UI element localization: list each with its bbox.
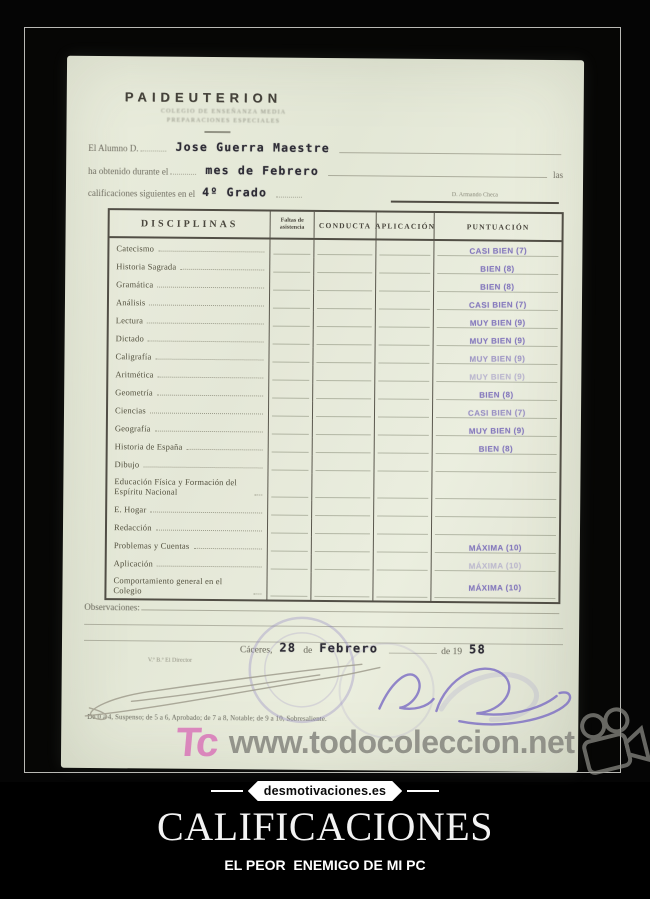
score-stamp: MUY BIEN (9)	[469, 318, 525, 328]
ruled-line	[141, 150, 167, 151]
discipline-cell: Geometría	[108, 382, 268, 401]
discipline-cell: Dibujo	[107, 454, 267, 473]
dotted-leader	[158, 377, 264, 379]
discipline-cell: Gramática	[109, 274, 269, 293]
application-cell	[374, 366, 432, 385]
score-cell: BIEN (8)	[432, 439, 560, 458]
discipline-cell: E. Hogar	[107, 499, 267, 518]
ruled-line	[328, 175, 547, 178]
poster-subtitle: EL PEOR ENEMIGO DE MI PC	[0, 857, 650, 873]
score-stamp: CASI BIEN (7)	[468, 408, 526, 418]
score-stamp: BIEN (8)	[480, 282, 514, 291]
dotted-leader	[186, 449, 262, 451]
conduct-cell	[313, 258, 375, 277]
ink-signature-icon	[379, 668, 570, 725]
discipline-cell: Dictado	[109, 328, 269, 347]
absences-cell	[267, 537, 311, 555]
conduct-cell	[313, 276, 375, 295]
discipline-cell: Educación Física y Formación del Espírit…	[107, 472, 267, 500]
application-cell	[374, 348, 432, 367]
score-cell: BIEN (8)	[433, 259, 561, 278]
school-subtitle: COLEGIO DE ENSEÑANZA MEDIA	[129, 108, 319, 116]
dotted-leader	[253, 593, 261, 594]
discipline-label: Ciencias	[115, 405, 146, 415]
dotted-leader	[157, 395, 263, 397]
score-cell: MUY BIEN (9)	[433, 313, 561, 332]
discipline-cell: Historia Sagrada	[109, 256, 269, 275]
absences-cell	[266, 573, 310, 600]
discipline-label: Gramática	[116, 279, 153, 290]
score-cell	[431, 520, 559, 539]
discipline-cell: Catecismo	[109, 238, 269, 257]
score-stamp: MUY BIEN (9)	[469, 372, 525, 382]
date-line: Cáceres, 28 de Febrero de 19 58	[240, 641, 493, 657]
conduct-cell	[313, 312, 375, 331]
conduct-cell	[313, 294, 375, 313]
table-row: Educación Física y Formación del Espírit…	[107, 472, 559, 503]
score-stamp: MÁXIMA (10)	[469, 561, 522, 571]
dotted-leader	[143, 466, 262, 468]
dotted-leader	[158, 251, 264, 253]
header-faltas: Faltas de asistencia	[270, 212, 314, 238]
dotted-leader	[150, 412, 263, 414]
conduct-cell	[311, 474, 373, 502]
absences-cell	[269, 240, 313, 258]
application-cell	[374, 420, 432, 439]
application-cell	[373, 501, 431, 520]
score-cell: CASI BIEN (7)	[433, 241, 561, 260]
discipline-cell: Redacción	[107, 517, 267, 536]
conduct-cell	[311, 537, 373, 556]
absences-cell	[269, 258, 313, 276]
absences-cell	[268, 366, 312, 384]
application-cell	[375, 294, 433, 313]
dotted-leader	[156, 530, 262, 532]
table-row: Comportamiento general en el Colegio MÁX…	[106, 571, 558, 602]
score-cell	[431, 457, 559, 476]
discipline-cell: Aritmética	[108, 364, 268, 383]
header-aplicacion: APLICACIÓN	[376, 212, 434, 239]
application-cell	[373, 456, 431, 475]
todocoleccion-logo: Tc	[174, 719, 219, 766]
grades-table: DISCIPLINAS Faltas de asistencia CONDUCT…	[104, 208, 563, 604]
absences-cell	[269, 312, 313, 330]
site-badge-row: desmotivaciones.es	[0, 781, 650, 801]
discipline-label: Lectura	[116, 315, 143, 325]
student-line: El Alumno D. Jose Guerra Maestre	[88, 140, 563, 158]
conduct-cell	[310, 573, 372, 601]
absences-cell	[267, 501, 311, 519]
application-cell	[375, 258, 433, 277]
pencil-signature-icon	[85, 662, 379, 722]
conduct-cell	[313, 240, 375, 259]
discipline-label: Problemas y Cuentas	[114, 540, 190, 551]
watermark: Tc www.todocoleccion.net	[176, 719, 574, 766]
dotted-leader	[155, 431, 263, 433]
period-label: ha obtenido durante el	[88, 166, 168, 177]
ruled-line	[84, 624, 563, 629]
score-cell: MÁXIMA (10)	[431, 538, 559, 557]
discipline-label: Aritmética	[115, 369, 153, 380]
application-cell	[372, 573, 430, 601]
dotted-leader	[157, 287, 264, 289]
score-stamp: MÁXIMA (10)	[468, 583, 521, 593]
badge-side-line	[407, 790, 439, 792]
period-suffix: las	[553, 170, 563, 180]
absences-cell	[267, 456, 311, 474]
period-line: ha obtenido durante el mes de Febrero la…	[88, 163, 563, 181]
score-cell: MÁXIMA (10)	[430, 574, 558, 602]
absences-cell	[268, 438, 312, 456]
poster-title: CALIFICACIONES	[0, 803, 650, 850]
dotted-leader	[150, 512, 262, 514]
conduct-cell	[312, 366, 374, 385]
absences-cell	[267, 474, 311, 501]
application-cell	[373, 474, 431, 502]
application-cell	[373, 519, 431, 538]
header-puntuacion: PUNTUACIÓN	[434, 213, 562, 240]
conduct-cell	[311, 501, 373, 520]
score-stamp: BIEN (8)	[481, 264, 515, 273]
discipline-cell: Problemas y Cuentas	[107, 535, 267, 554]
divider	[204, 131, 230, 133]
ink-smudge	[441, 674, 536, 720]
application-cell	[373, 537, 431, 556]
conduct-cell	[311, 456, 373, 475]
discipline-cell: Ciencias	[108, 400, 268, 419]
score-cell: CASI BIEN (7)	[432, 403, 560, 422]
score-cell: MUY BIEN (9)	[432, 421, 560, 440]
student-name: Jose Guerra Maestre	[176, 140, 330, 155]
absences-cell	[269, 330, 313, 348]
date-year-stamp: 58	[469, 642, 486, 656]
score-cell: MUY BIEN (9)	[432, 367, 560, 386]
dotted-leader	[193, 548, 261, 550]
application-cell	[374, 438, 432, 457]
discipline-cell: Lectura	[109, 310, 269, 329]
discipline-cell: Comportamiento general en el Colegio	[106, 571, 266, 599]
score-stamp: CASI BIEN (7)	[469, 246, 527, 256]
grade-label: calificaciones siguientes en el	[88, 188, 195, 199]
school-subtitle: PREPARACIONES ESPECIALES	[129, 117, 319, 125]
dotted-leader	[148, 340, 264, 342]
observations-line: Observaciones:	[84, 602, 561, 616]
conduct-cell	[312, 402, 374, 421]
score-cell: MUY BIEN (9)	[432, 349, 560, 368]
discipline-label: Aplicación	[114, 558, 153, 569]
application-cell	[374, 402, 432, 421]
dotted-leader	[149, 304, 264, 306]
table-header-row: DISCIPLINAS Faltas de asistencia CONDUCT…	[110, 210, 562, 242]
conduct-cell	[312, 348, 374, 367]
absences-cell	[269, 294, 313, 312]
discipline-cell: Historia de España	[108, 436, 268, 455]
application-cell	[375, 312, 433, 331]
discipline-label: Caligrafía	[115, 351, 151, 362]
score-stamp: CASI BIEN (7)	[469, 300, 527, 310]
ruled-line	[339, 152, 561, 155]
discipline-cell: Aplicación	[107, 553, 267, 572]
header-conducta: CONDUCTA	[314, 212, 376, 239]
score-cell	[431, 502, 559, 521]
dotted-leader	[155, 359, 263, 361]
date-place: Cáceres,	[240, 645, 273, 655]
discipline-label: Redacción	[114, 522, 152, 533]
badge-side-line	[211, 790, 243, 792]
absences-cell	[267, 555, 311, 573]
conduct-cell	[311, 519, 373, 538]
ruled-line	[142, 609, 560, 614]
conduct-cell	[311, 555, 373, 574]
absences-cell	[268, 420, 312, 438]
discipline-label: E. Hogar	[114, 504, 146, 514]
observations-label: Observaciones:	[84, 602, 140, 612]
date-de: de	[303, 646, 312, 656]
score-cell: CASI BIEN (7)	[433, 295, 561, 314]
period-value: mes de Febrero	[205, 163, 319, 178]
score-stamp: MUY BIEN (9)	[469, 336, 525, 346]
application-cell	[375, 330, 433, 349]
absences-cell	[269, 276, 313, 294]
date-day-stamp: 28	[279, 641, 296, 655]
header-disciplinas: DISCIPLINAS	[110, 210, 270, 237]
discipline-label: Catecismo	[116, 243, 154, 254]
conduct-cell	[312, 384, 374, 403]
score-stamp: BIEN (8)	[479, 444, 513, 453]
discipline-label: Geografía	[115, 423, 151, 433]
ruled-line	[389, 653, 437, 654]
discipline-label: Análisis	[116, 297, 146, 307]
absences-cell	[268, 348, 312, 366]
report-card-photo: PAIDEUTERION COLEGIO DE ENSEÑANZA MEDIA …	[0, 0, 650, 782]
discipline-cell: Geografía	[108, 418, 268, 437]
score-stamp: MÁXIMA (10)	[469, 543, 522, 553]
discipline-label: Educación Física y Formación del Espírit…	[114, 476, 250, 498]
discipline-label: Dictado	[116, 333, 144, 343]
table-body: Catecismo CASI BIEN (7) Historia Sagrada	[106, 238, 561, 602]
dotted-leader	[180, 269, 264, 271]
student-label: El Alumno D.	[88, 143, 138, 153]
score-cell: BIEN (8)	[432, 385, 560, 404]
score-stamp: MUY BIEN (9)	[468, 426, 524, 436]
school-name: PAIDEUTERION	[125, 89, 282, 105]
application-cell	[374, 384, 432, 403]
discipline-label: Comportamiento general en el Colegio	[113, 575, 249, 597]
director-signature-label: V.º B.º El Director	[148, 657, 192, 663]
conduct-cell	[312, 438, 374, 457]
discipline-cell: Análisis	[109, 292, 269, 311]
application-cell	[373, 555, 431, 574]
score-stamp: BIEN (8)	[479, 390, 513, 399]
dotted-leader	[254, 494, 262, 495]
date-de-year: de 19	[441, 647, 462, 657]
conduct-cell	[312, 420, 374, 439]
score-cell: MUY BIEN (9)	[433, 331, 561, 350]
site-badge: desmotivaciones.es	[248, 781, 402, 801]
dotted-leader	[157, 566, 262, 568]
watermark-url: www.todocoleccion.net	[229, 724, 575, 761]
date-month-stamp: Febrero	[319, 641, 378, 656]
application-cell	[375, 276, 433, 295]
application-cell	[375, 240, 433, 259]
score-stamp: MUY BIEN (9)	[469, 354, 525, 364]
paper-document: PAIDEUTERION COLEGIO DE ENSEÑANZA MEDIA …	[61, 56, 584, 772]
discipline-label: Dibujo	[115, 459, 140, 469]
score-cell	[431, 475, 559, 503]
absences-cell	[267, 519, 311, 537]
grade-value: 4º Grado	[202, 185, 267, 200]
discipline-label: Historia de España	[115, 441, 183, 452]
score-cell: MÁXIMA (10)	[431, 556, 559, 575]
right-note: D. Armando Checa	[391, 192, 559, 204]
ruled-line	[276, 197, 302, 198]
conduct-cell	[313, 330, 375, 349]
absences-cell	[268, 384, 312, 402]
absences-cell	[268, 402, 312, 420]
dotted-leader	[147, 322, 264, 324]
discipline-label: Geometría	[115, 387, 153, 398]
discipline-cell: Caligrafía	[108, 346, 268, 365]
score-cell: BIEN (8)	[433, 277, 561, 296]
discipline-label: Historia Sagrada	[116, 261, 176, 272]
ruled-line	[170, 174, 196, 175]
